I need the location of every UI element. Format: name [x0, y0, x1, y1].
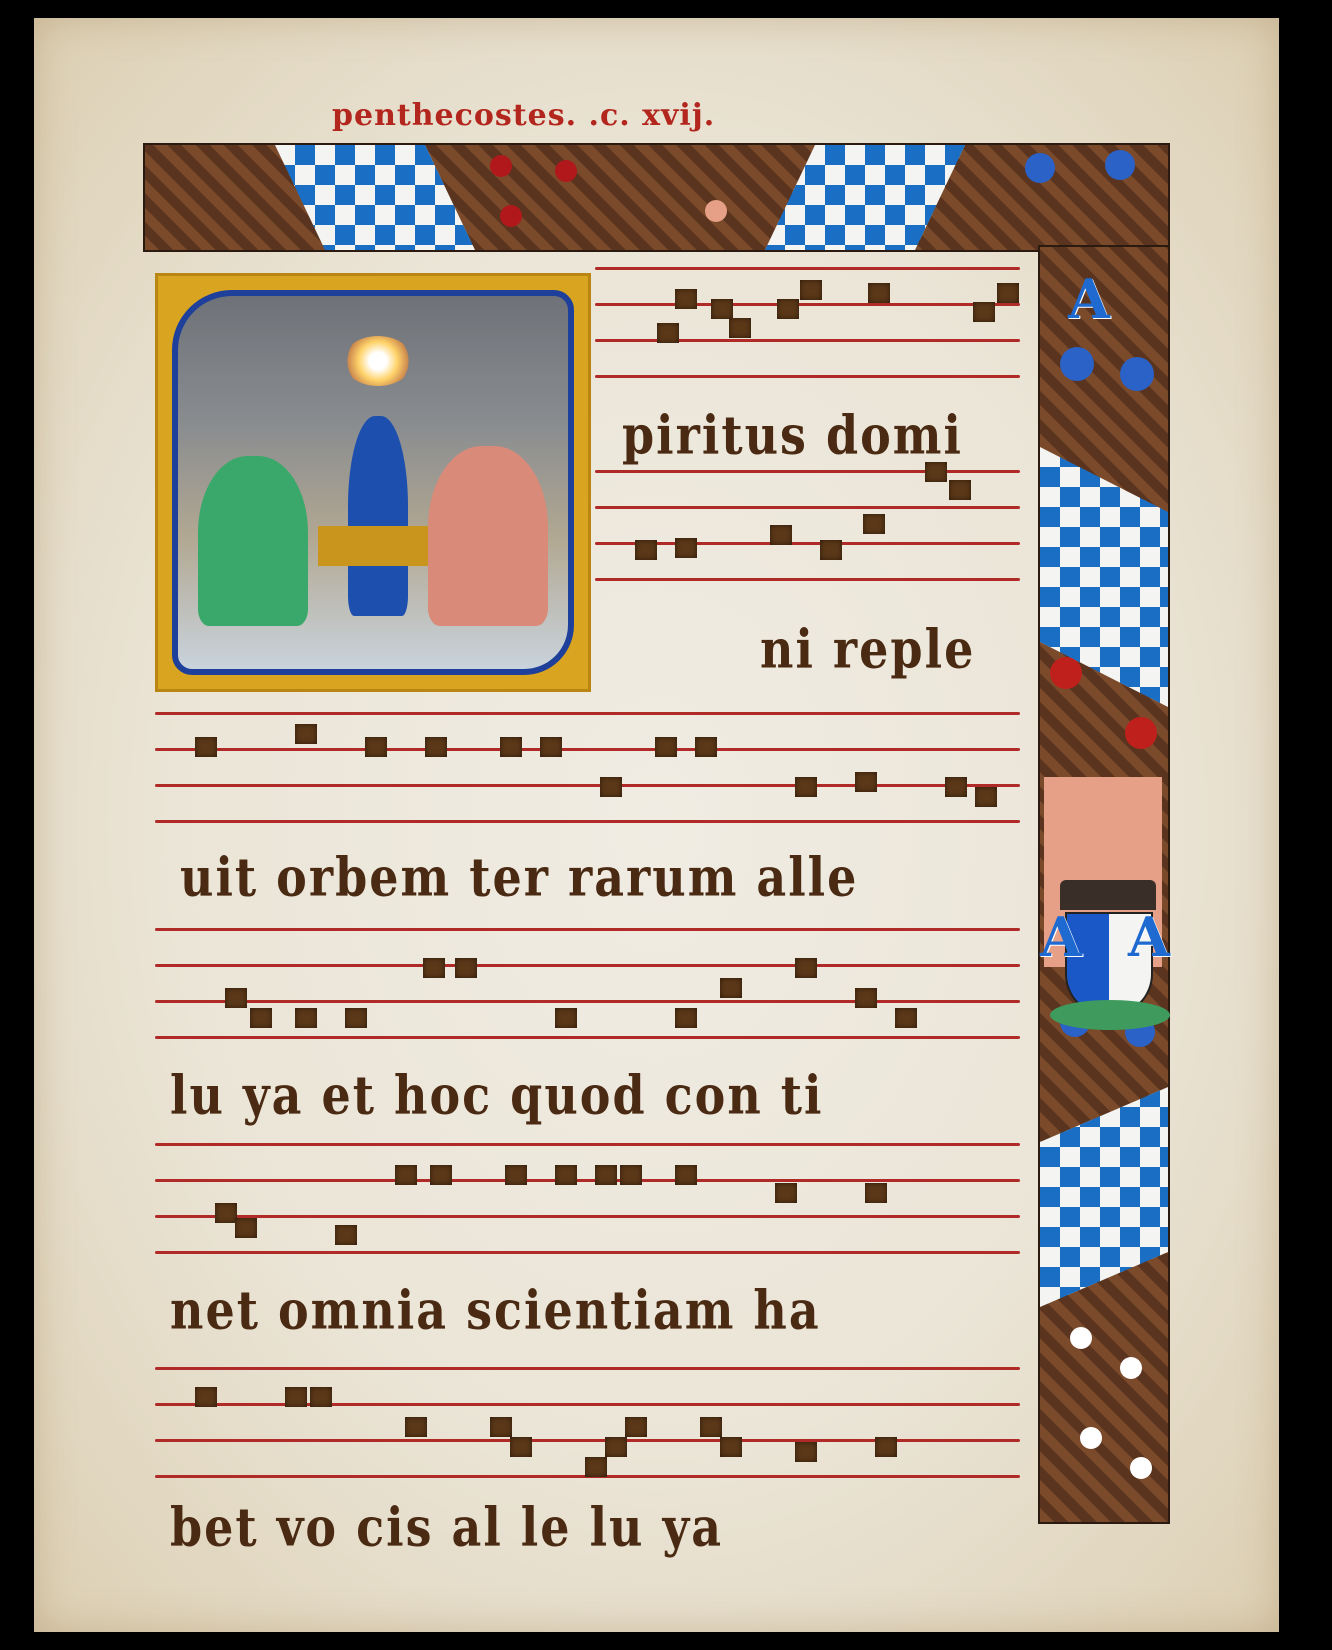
green-mound — [1050, 1000, 1170, 1030]
red-flower-icon — [1050, 657, 1082, 689]
lyric-line-4: lu ya et hoc quod con ti — [170, 1064, 824, 1126]
lyric-line-2: ni reple — [760, 618, 975, 680]
staff-1 — [595, 267, 1020, 377]
ermine-panel — [1040, 1087, 1168, 1307]
blue-flower-icon — [1025, 153, 1055, 183]
red-flower-icon — [490, 155, 512, 177]
dove-icon — [343, 336, 413, 386]
top-border — [143, 143, 1170, 252]
ermine-panel — [765, 145, 965, 250]
white-flower-icon — [1070, 1327, 1092, 1349]
staff-6 — [155, 1367, 1020, 1477]
pentecost-scene — [172, 290, 574, 675]
ermine-panel — [275, 145, 475, 250]
staff-4 — [155, 928, 1020, 1038]
white-flower-icon — [1120, 1357, 1142, 1379]
red-flower-icon — [705, 200, 727, 222]
blue-flower-icon — [1105, 150, 1135, 180]
historiated-initial-miniature — [155, 273, 591, 692]
blue-flower-icon — [1060, 347, 1094, 381]
lyric-line-5: net omnia scientiam ha — [170, 1279, 821, 1341]
rubric-heading: penthecostes. .c. xvij. — [332, 98, 715, 133]
apostle-green — [198, 456, 308, 626]
monogram-letter: A — [1068, 267, 1110, 331]
blue-flower-icon — [1120, 357, 1154, 391]
lyric-line-3: uit orbem ter rarum alle — [180, 846, 858, 908]
table — [318, 526, 428, 566]
staff-2 — [595, 470, 1020, 580]
red-flower-icon — [500, 205, 522, 227]
white-flower-icon — [1130, 1457, 1152, 1479]
lyric-line-6: bet vo cis al le lu ya — [170, 1496, 723, 1558]
monogram-letter-right: A — [1128, 905, 1170, 969]
red-flower-icon — [1125, 717, 1157, 749]
white-flower-icon — [1080, 1427, 1102, 1449]
apostle-pink — [428, 446, 548, 626]
virgin-figure — [348, 416, 408, 616]
staff-3 — [155, 712, 1020, 822]
red-flower-icon — [555, 160, 577, 182]
monogram-letter-left: A — [1040, 905, 1082, 969]
lyric-line-1: piritus domi — [622, 404, 963, 466]
staff-5 — [155, 1143, 1020, 1253]
